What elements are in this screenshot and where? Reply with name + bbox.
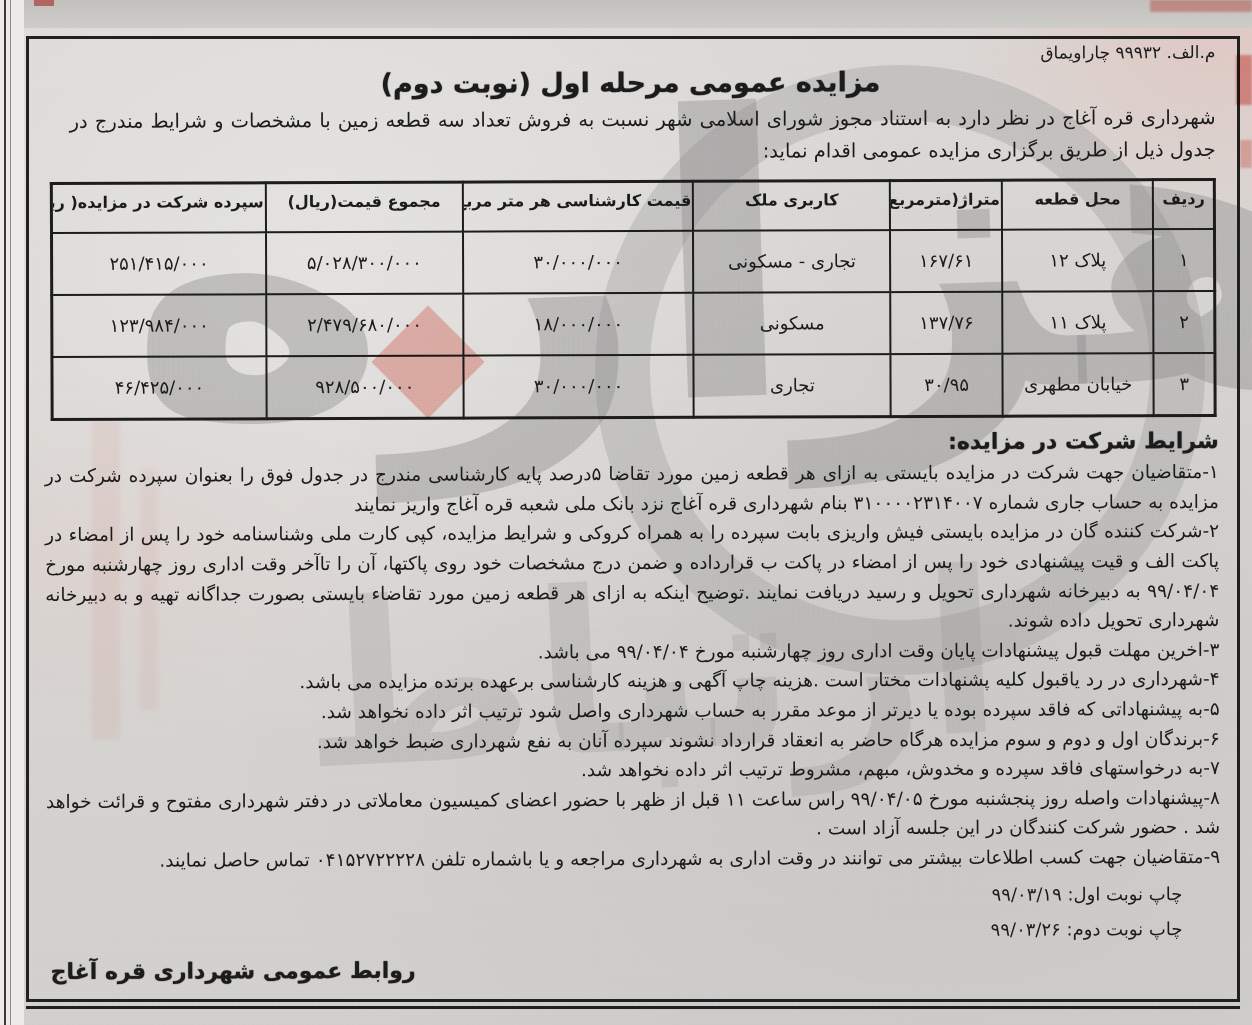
table-row: ۳خیابان مطهری۳۰/۹۵تجاری۳۰/۰۰۰/۰۰۰۹۲۸/۵۰۰… xyxy=(52,353,1215,420)
condition-item: ۷-به درخواستهای فاقد سپرده و مخدوش، مبهم… xyxy=(46,754,1220,788)
table-cell: خیابان مطهری xyxy=(1002,353,1154,416)
auction-table: ردیفمحل قطعهمتراژ(مترمربع)کاربری ملکقیمت… xyxy=(50,178,1217,421)
table-cell: مسکونی xyxy=(694,292,891,355)
table-cell: ۱۸/۰۰۰/۰۰۰ xyxy=(463,293,694,356)
conditions-heading: شرایط شرکت در مزایده: xyxy=(45,429,1219,458)
ad-title: مزایده عمومی مرحله اول (نوبت دوم) xyxy=(41,66,1219,101)
table-cell: ۲/۴۷۹/۶۸۰/۰۰۰ xyxy=(266,294,463,357)
table-row: ۲پلاک ۱۱۱۳۷/۷۶مسکونی۱۸/۰۰۰/۰۰۰۲/۴۷۹/۶۸۰/… xyxy=(52,291,1215,357)
condition-item: ۳-اخرین مهلت قبول پیشنهادات پایان وقت اد… xyxy=(45,636,1219,670)
intro-paragraph: شهرداری قره آغاج در نظر دارد به استناد م… xyxy=(70,102,1216,169)
condition-item: ۸-پیشنهادات واصله روز پنجشنبه مورخ ۹۹/۰۴… xyxy=(46,784,1220,847)
table-cell: ۵/۰۲۸/۳۰۰/۰۰۰ xyxy=(266,232,463,295)
print-dates: چاپ نوبت اول: ۹۹/۰۳/۱۹ چاپ نوبت دوم: ۹۹/… xyxy=(44,879,1182,951)
column-header: مجموع قیمت(ریال) xyxy=(266,182,463,232)
column-header: قیمت کارشناسی هر متر مربع(ریال) xyxy=(462,181,693,231)
column-header: کاربری ملک xyxy=(693,181,890,231)
ad-registration-code: م.الف. ۹۹۹۳۲ چاراویماق xyxy=(41,43,1215,67)
ad-frame: م.الف. ۹۹۹۳۲ چاراویماق مزایده عمومی مرحل… xyxy=(26,36,1240,1002)
auction-table-body: ۱پلاک ۱۲۱۶۷/۶۱تجاری - مسکونی۳۰/۰۰۰/۰۰۰۵/… xyxy=(51,229,1215,420)
table-cell: ۱ xyxy=(1153,229,1214,291)
condition-item: ۴-شهرداری در رد یاقبول کلیه پشنهادات مخت… xyxy=(46,665,1220,699)
auction-table-head: ردیفمحل قطعهمتراژ(مترمربع)کاربری ملکقیمت… xyxy=(51,180,1214,234)
table-cell: ۹۲۸/۵۰۰/۰۰۰ xyxy=(266,356,463,419)
condition-item: ۵-به پیشنهاداتی که فاقد سپرده بوده یا دی… xyxy=(46,695,1220,729)
table-cell: ۳۰/۰۰۰/۰۰۰ xyxy=(463,231,694,294)
table-row: ۱پلاک ۱۲۱۶۷/۶۱تجاری - مسکونی۳۰/۰۰۰/۰۰۰۵/… xyxy=(51,229,1214,295)
column-header: سپرده شرکت در مزایده( ریال) xyxy=(51,183,266,233)
table-cell: تجاری xyxy=(694,354,891,417)
table-cell: ۲۵۱/۴۱۵/۰۰۰ xyxy=(51,232,266,295)
table-cell: ۱۳۷/۷۶ xyxy=(890,292,1002,354)
condition-item: ۲-شرکت کننده گان در مزایده بایستی فیش وا… xyxy=(45,517,1219,639)
table-cell: ۳ xyxy=(1154,353,1215,416)
column-rule xyxy=(4,0,6,1025)
public-relations-signature: روابط عمومی شهرداری قره آغاج xyxy=(51,959,416,985)
ad-content: م.الف. ۹۹۹۳۲ چاراویماق مزایده عمومی مرحل… xyxy=(27,37,1238,1001)
column-rule-thin xyxy=(10,0,11,1025)
condition-item: ۱-متقاضیان جهت شرکت در مزایده بایستی به … xyxy=(45,458,1219,521)
top-scan-band xyxy=(24,0,1252,28)
column-header: متراژ(مترمربع) xyxy=(890,180,1002,230)
print-first-run: چاپ نوبت اول: ۹۹/۰۳/۱۹ xyxy=(44,879,1182,917)
table-cell: ۱۲۳/۹۸۴/۰۰۰ xyxy=(52,294,267,357)
red-ink-artifact xyxy=(1240,140,1252,168)
conditions-list: ۱-متقاضیان جهت شرکت در مزایده بایستی به … xyxy=(43,458,1222,876)
print-second-run: چاپ نوبت دوم: ۹۹/۰۳/۲۶ xyxy=(44,913,1182,951)
table-cell: پلاک ۱۱ xyxy=(1002,291,1154,354)
table-cell: ۱۶۷/۶۱ xyxy=(890,230,1002,292)
header-row: ردیفمحل قطعهمتراژ(مترمربع)کاربری ملکقیمت… xyxy=(51,180,1214,234)
column-header: محل قطعه xyxy=(1002,180,1154,230)
table-cell: ۳۰/۹۵ xyxy=(891,354,1003,417)
table-cell: ۳۰/۰۰۰/۰۰۰ xyxy=(463,355,694,418)
table-cell: پلاک ۱۲ xyxy=(1002,229,1154,292)
table-cell: تجاری - مسکونی xyxy=(693,230,890,293)
scanned-newspaper-ad: هزاره ارتباط م.الف. ۹۹۹۳۲ چاراویماق مزای… xyxy=(0,0,1252,1025)
table-cell: ۲ xyxy=(1154,291,1215,353)
table-cell: ۴۶/۴۲۵/۰۰۰ xyxy=(52,356,267,419)
condition-item: ۶-برندگان اول و دوم و سوم مزایده هرگاه ح… xyxy=(46,724,1220,758)
column-header: ردیف xyxy=(1153,180,1214,230)
condition-item: ۹-متقاضیان جهت کسب اطلاعات بیشتر می توان… xyxy=(46,843,1220,877)
